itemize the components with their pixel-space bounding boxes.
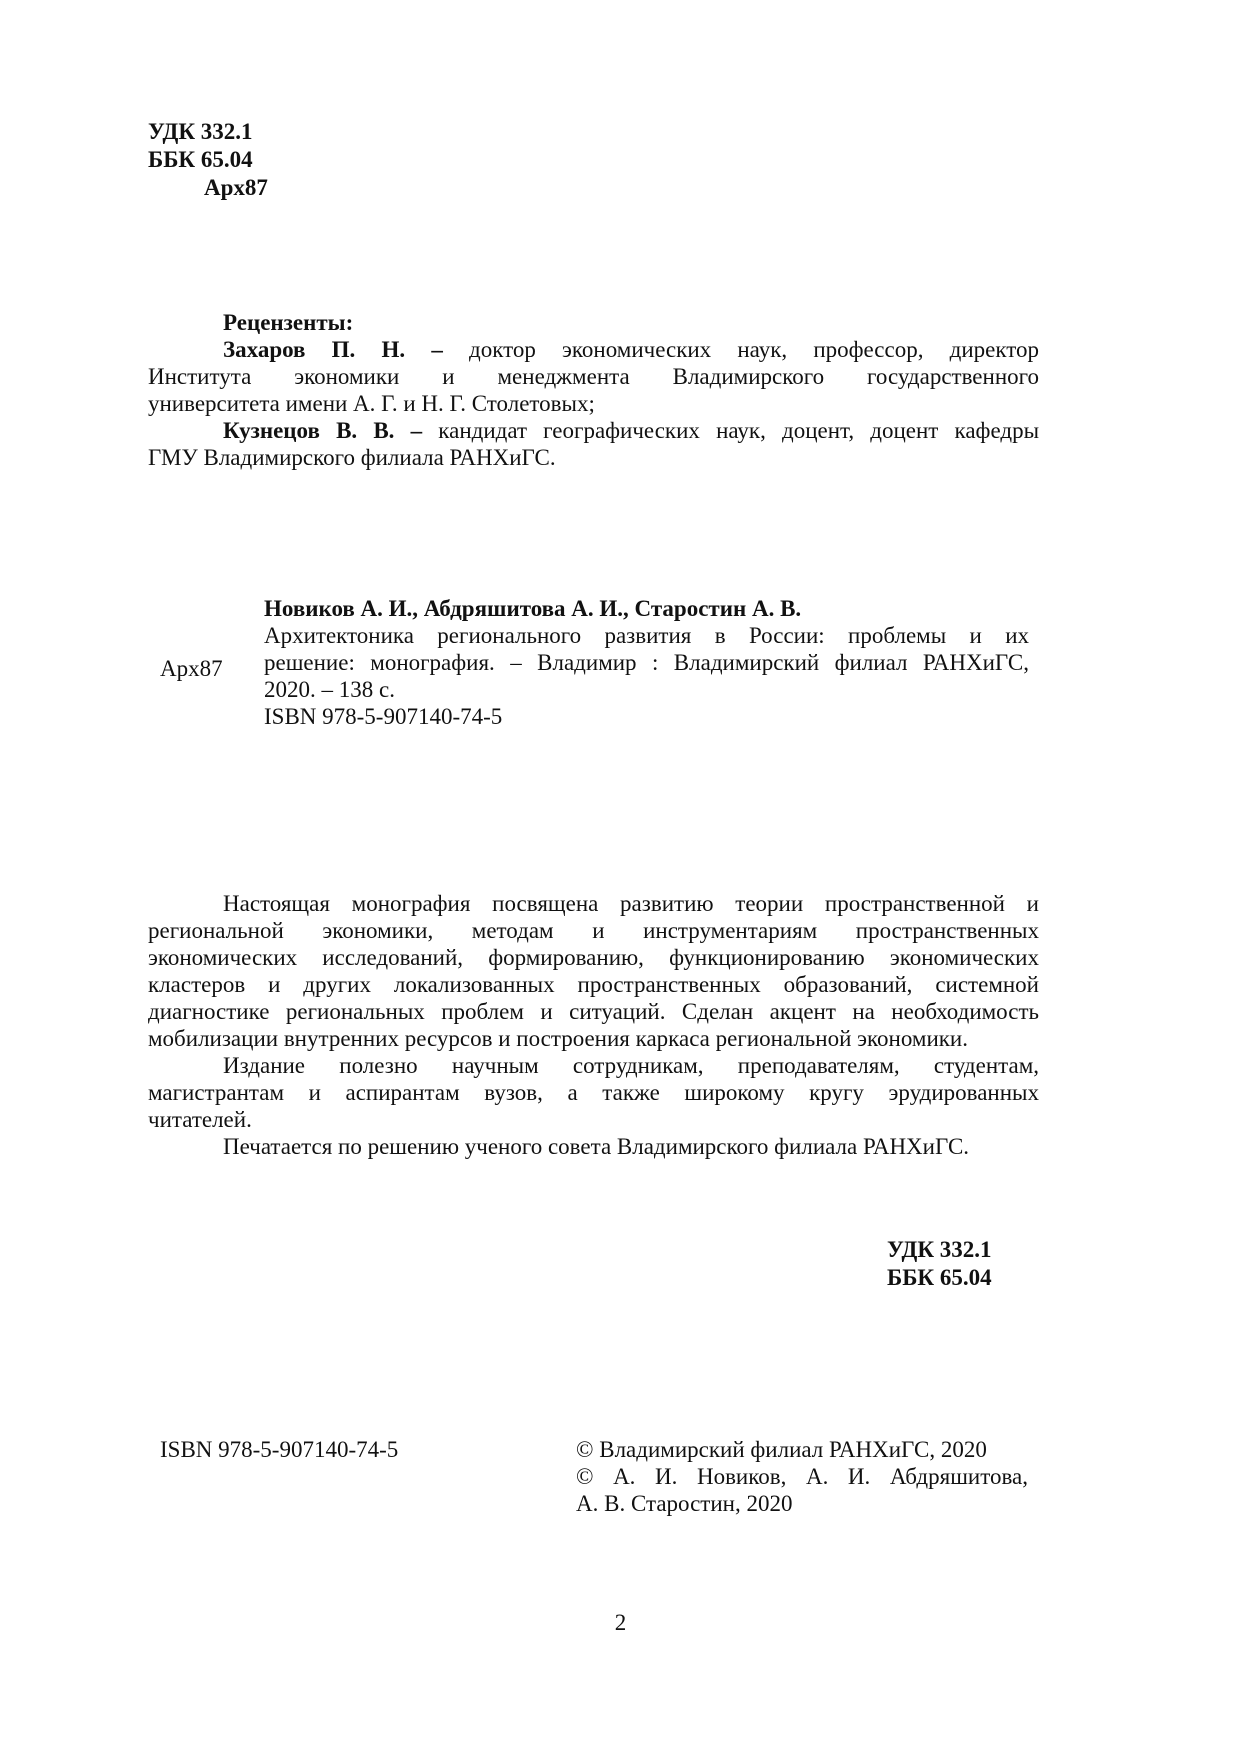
biblio-author-mark: Арх87	[160, 655, 223, 682]
reviewer-entry: Захаров П. Н. – доктор экономических нау…	[148, 336, 1039, 417]
reviewer-description-end: ГМУ Владимирского филиала РАНХиГС.	[148, 444, 1039, 471]
udk-code: УДК 332.1	[887, 1236, 992, 1264]
page-number: 2	[0, 1609, 1241, 1636]
reviewers-section: Рецензенты: Захаров П. Н. – доктор эконо…	[148, 309, 1039, 471]
reviewer-entry: Кузнецов В. В. – кандидат географических…	[148, 417, 1039, 471]
udk-code: УДК 332.1	[148, 118, 268, 146]
biblio-authors: Новиков А. И., Абдряшитова А. И., Старос…	[264, 595, 1029, 622]
author-mark: Арх87	[148, 174, 268, 202]
copyright-block: © Владимирский филиал РАНХиГС, 2020 © А.…	[576, 1436, 1028, 1517]
annotation-paragraph: Издание полезно научным сотрудникам, пре…	[148, 1052, 1039, 1133]
bbk-code: ББК 65.04	[148, 146, 268, 174]
annotation-paragraph: Печатается по решению ученого совета Вла…	[148, 1133, 1039, 1160]
reviewer-description: доктор экономических наук, профессор, ди…	[469, 337, 1039, 362]
reviewers-heading: Рецензенты:	[148, 309, 1039, 336]
reviewer-description: кандидат географических наук, доцент, до…	[438, 418, 1039, 443]
bbk-code: ББК 65.04	[887, 1264, 992, 1292]
biblio-title-line: 2020. – 138 с.	[264, 676, 1029, 703]
classification-codes-top: УДК 332.1 ББК 65.04 Арх87	[148, 118, 268, 202]
reviewer-description-end: университета имени А. Г. и Н. Г. Столето…	[148, 390, 1039, 417]
reviewer-name: Кузнецов В. В.	[223, 418, 394, 443]
biblio-title-line: решение: монография. – Владимир : Владим…	[264, 649, 1029, 676]
bibliographic-record: Новиков А. И., Абдряшитова А. И., Старос…	[264, 595, 1029, 730]
biblio-isbn: ISBN 978-5-907140-74-5	[264, 703, 1029, 730]
copyright-line: © А. И. Новиков, А. И. Абдряшитова,	[576, 1463, 1028, 1490]
copyright-line: А. В. Старостин, 2020	[576, 1490, 1028, 1517]
annotation: Настоящая монография посвящена развитию …	[148, 890, 1039, 1160]
biblio-title-line: Архитектоника регионального развития в Р…	[264, 622, 1029, 649]
reviewer-name: Захаров П. Н.	[223, 337, 405, 362]
copyright-line: © Владимирский филиал РАНХиГС, 2020	[576, 1436, 1028, 1463]
classification-codes-bottom: УДК 332.1 ББК 65.04	[887, 1236, 992, 1292]
annotation-paragraph: Настоящая монография посвящена развитию …	[148, 890, 1039, 1052]
isbn-footer: ISBN 978-5-907140-74-5	[160, 1436, 398, 1463]
reviewer-description-cont: Института экономики и менеджмента Владим…	[148, 363, 1039, 390]
